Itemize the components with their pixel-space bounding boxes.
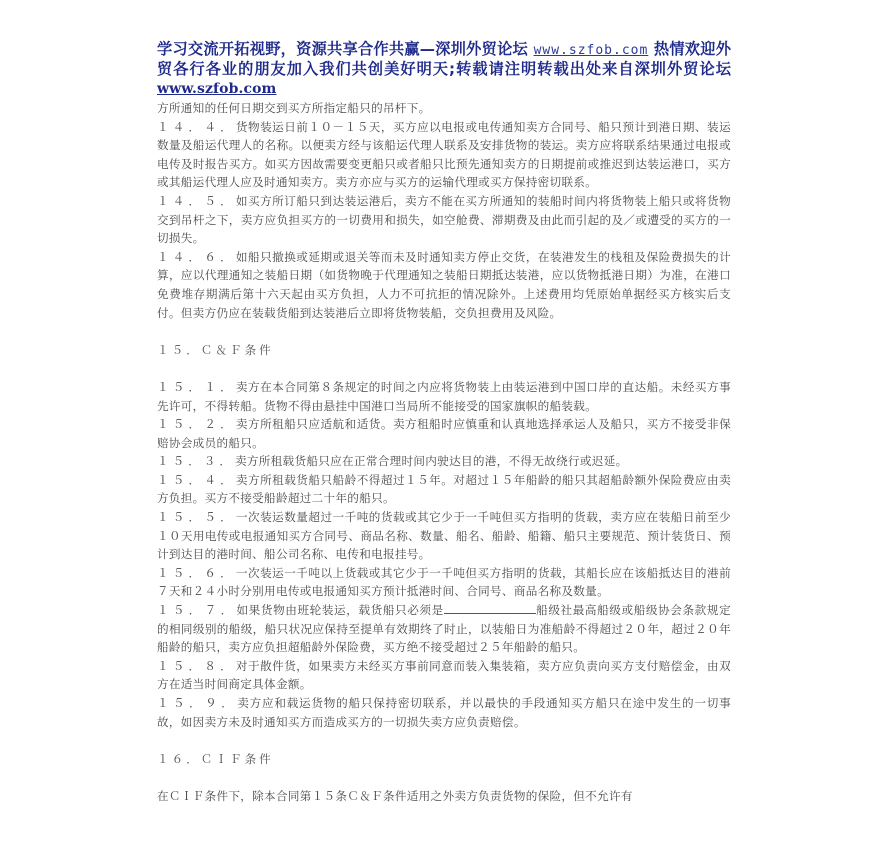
continuation-paragraph: 方所通知的任何日期交到买方所指定船只的吊杆下。 [157, 99, 731, 118]
clause-text: 一次装运一千吨以上货载或其它少于一千吨但买方指明的货载，其船长应在该船抵达目的港… [157, 566, 731, 599]
clause-number: １５．８． [157, 659, 236, 673]
clause-15-4: １５．４．卖方所租载货船只船龄不得超过１５年。对超过１５年船龄的船只其超船龄额外… [157, 471, 731, 508]
clause-15-5: １５．５．一次装运数量超过一千吨的货载或其它少于一千吨但买方指明的货载，卖方应在… [157, 508, 731, 564]
clause-text: 货物装运日前１０－１５天，买方应以电报或电传通知卖方合同号、船只预计到港日期、装… [157, 120, 731, 190]
promo-header: 学习交流开拓视野，资源共享合作共赢—深圳外贸论坛 www.szfob.com 热… [157, 40, 731, 99]
section-16-heading: １６．ＣＩＦ条件 [157, 750, 731, 769]
clause-15-9: １５．９．卖方应和载运货物的船只保持密切联系，并以最快的手段通知买方船只在途中发… [157, 694, 731, 731]
clause-number: １５．２． [157, 417, 236, 431]
fill-in-blank [444, 602, 536, 614]
clause-number: １５．７． [157, 603, 236, 617]
clause-15-2: １５．２．卖方所租船只应适航和适货。卖方租船时应慎重和认真地选择承运人及船只，买… [157, 415, 731, 452]
contract-body: 方所通知的任何日期交到买方所指定船只的吊杆下。 １４．４．货物装运日前１０－１５… [157, 99, 731, 806]
clause-14-4: １４．４．货物装运日前１０－１５天，买方应以电报或电传通知卖方合同号、船只预计到… [157, 118, 731, 192]
clause-number: １５．６． [157, 566, 236, 580]
clause-text: 如买方所订船只到达装运港后，卖方不能在买方所通知的装船时间内将货物装上船只或将货… [157, 194, 731, 245]
clause-number: １４．６． [157, 250, 236, 264]
clause-number: １５．１． [157, 380, 236, 394]
clause-number: １４．４． [157, 120, 236, 134]
clause-text: 卖方所租船只应适航和适货。卖方租船时应慎重和认真地选择承运人及船只，买方不接受非… [157, 417, 731, 450]
clause-text: 卖方所租载货船只应在正常合理时间内驶达目的港，不得无故绕行或迟延。 [235, 454, 628, 468]
clause-text: 如船只撤换或延期或退关等而未及时通知卖方停止交货，在装港发生的栈租及保险费损失的… [157, 250, 731, 320]
clause-15-6: １５．６．一次装运一千吨以上货载或其它少于一千吨但买方指明的货载，其船长应在该船… [157, 564, 731, 601]
forum-link-plain[interactable]: www.szfob.com [534, 43, 649, 58]
clause-15-3: １５．３．卖方所租载货船只应在正常合理时间内驶达目的港，不得无故绕行或迟延。 [157, 452, 731, 471]
clause-text: 卖方所租载货船只船龄不得超过１５年。对超过１５年船龄的船只其超船龄额外保险费应由… [157, 473, 731, 506]
clause-15-8: １５．８．对于散件货，如果卖方未经买方事前同意而装入集装箱，卖方应负责向买方支付… [157, 657, 731, 694]
clause-text: 一次装运数量超过一千吨的货载或其它少于一千吨但买方指明的货载，卖方应在装船日前至… [157, 510, 731, 561]
section-15-heading: １５．Ｃ＆Ｆ条件 [157, 341, 731, 360]
clause-14-5: １４．５．如买方所订船只到达装运港后，卖方不能在买方所通知的装船时间内将货物装上… [157, 192, 731, 248]
header-text-prefix: 学习交流开拓视野，资源共享合作共赢—深圳外贸论坛 [157, 40, 534, 58]
clause-text: 卖方应和载运货物的船只保持密切联系，并以最快的手段通知买方船只在途中发生的一切事… [157, 696, 731, 729]
clause-15-1: １５．１．卖方在本合同第８条规定的时间之内应将货物装上由装运港到中国口岸的直达船… [157, 378, 731, 415]
document-page: 学习交流开拓视野，资源共享合作共赢—深圳外贸论坛 www.szfob.com 热… [157, 40, 731, 806]
section-16-text: 在ＣＩＦ条件下，除本合同第１５条Ｃ＆Ｆ条件适用之外卖方负责货物的保险，但不允许有 [157, 787, 731, 806]
clause-14-6: １４．６．如船只撤换或延期或退关等而未及时通知卖方停止交货，在装港发生的栈租及保… [157, 248, 731, 322]
forum-link-bold[interactable]: www.szfob.com [157, 81, 276, 97]
clause-number: １５．３． [157, 454, 235, 468]
clause-text: 对于散件货，如果卖方未经买方事前同意而装入集装箱，卖方应负责向买方支付赔偿金，由… [157, 659, 731, 692]
clause-number: １４．５． [157, 194, 236, 208]
clause-15-7: １５．７．如果货物由班轮装运，载货船只必须是船级社最高船级或船级协会条款规定的相… [157, 601, 731, 657]
clause-number: １５．９． [157, 696, 237, 710]
clause-text-before-blank: 如果货物由班轮装运，载货船只必须是 [236, 603, 443, 617]
clause-number: １５．５． [157, 510, 236, 524]
clause-number: １５．４． [157, 473, 236, 487]
clause-text: 卖方在本合同第８条规定的时间之内应将货物装上由装运港到中国口岸的直达船。未经买方… [157, 380, 731, 413]
